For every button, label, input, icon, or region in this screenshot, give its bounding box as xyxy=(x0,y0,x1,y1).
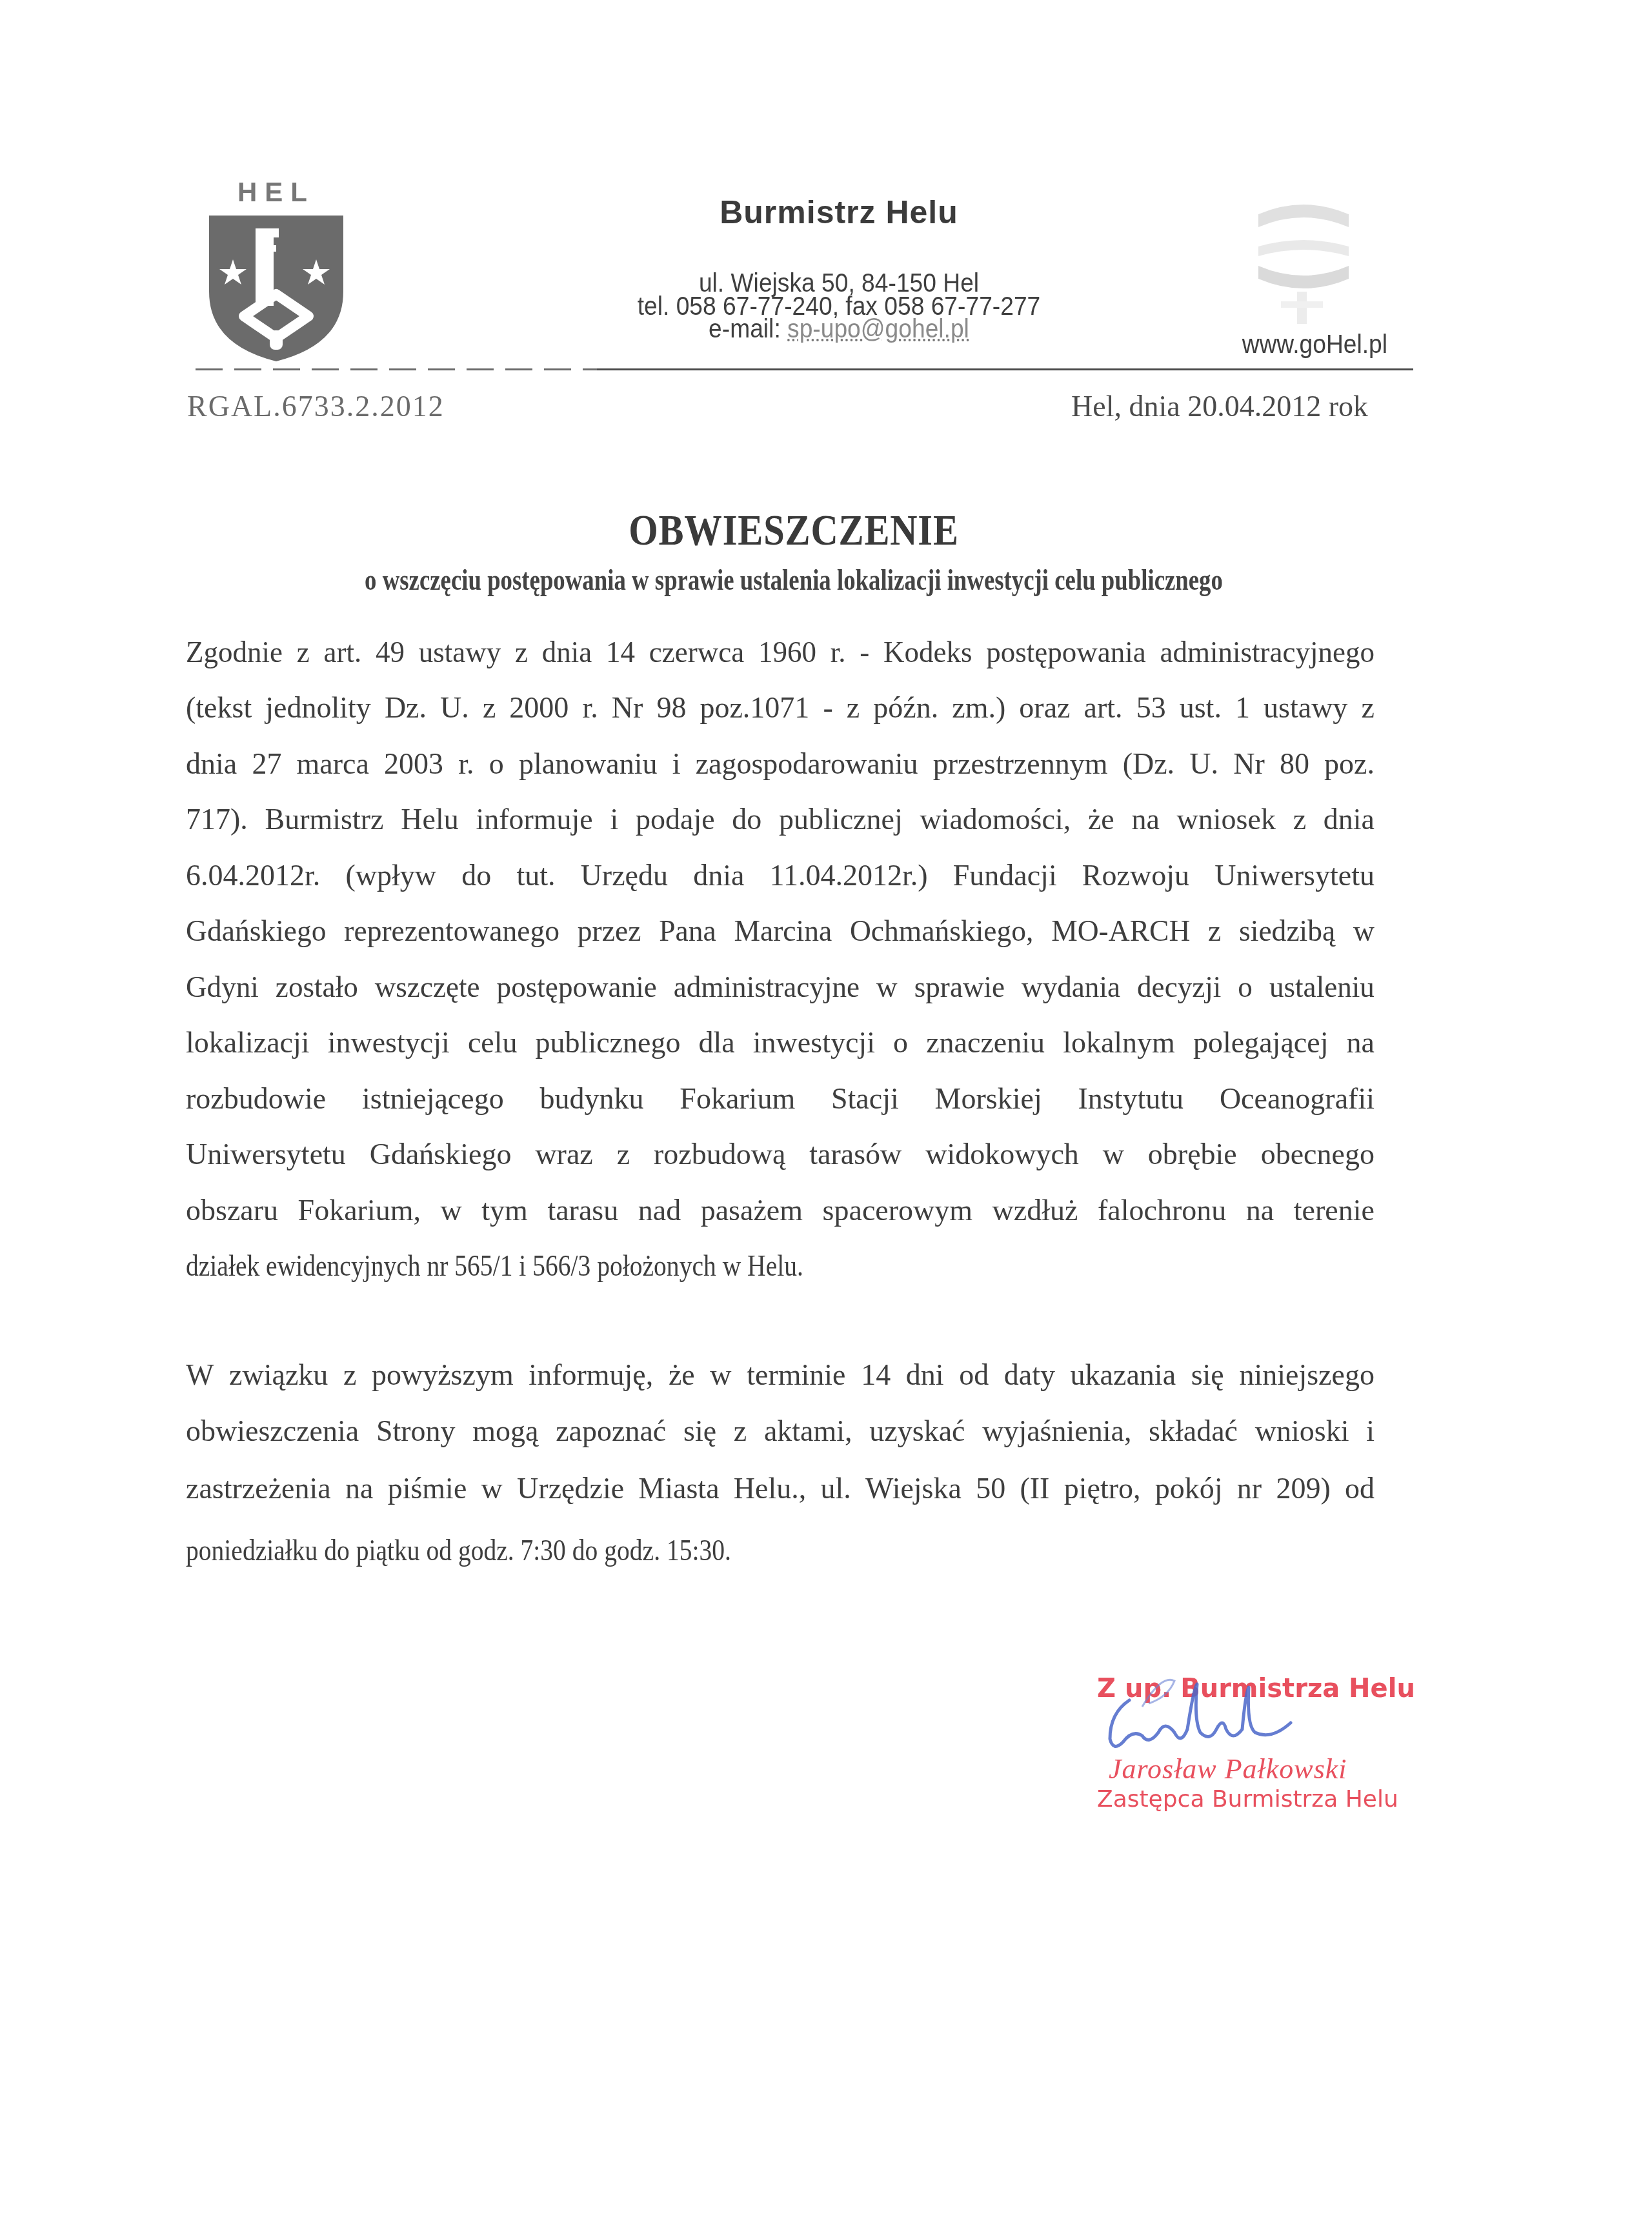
word: postępowania xyxy=(986,635,1145,670)
word: o xyxy=(1238,970,1253,1005)
word: wiadomości, xyxy=(920,802,1071,837)
word: informuję, xyxy=(529,1358,653,1392)
word: spacerowym xyxy=(823,1193,972,1228)
word: i xyxy=(672,747,681,781)
word: decyzji xyxy=(1137,970,1221,1005)
word: w xyxy=(1103,1137,1124,1172)
word: Ochmańskiego, xyxy=(850,914,1034,949)
word: informuje xyxy=(476,802,592,837)
word: Nr xyxy=(612,690,643,725)
word: Wiejska xyxy=(865,1471,962,1506)
word: dnia xyxy=(542,635,592,670)
word: do xyxy=(732,802,761,837)
office-email-line: e-mail: sp-upo@gohel.pl xyxy=(479,316,1199,342)
word: 1960 xyxy=(758,635,816,670)
word: dla xyxy=(699,1025,735,1060)
body-line: (tekstjednolityDz.U.z2000r.Nr98poz.1071-… xyxy=(186,690,1375,725)
word: r. xyxy=(582,690,598,725)
word: obecnego xyxy=(1261,1137,1375,1172)
word: z xyxy=(483,690,496,725)
word: Gdańskiego xyxy=(186,914,327,949)
word: dnia xyxy=(1324,802,1375,837)
body-line: 717).BurmistrzHeluinformujeipodajedopubl… xyxy=(186,802,1375,837)
word: zagospodarowaniu xyxy=(696,747,918,781)
word: (tekst xyxy=(186,690,252,725)
word: się xyxy=(683,1414,716,1449)
word: dni xyxy=(906,1358,944,1392)
body-line: obwieszczeniaStronymogązapoznaćsięzaktam… xyxy=(186,1414,1375,1449)
word: nad xyxy=(638,1193,681,1228)
word: piętro, xyxy=(1064,1471,1141,1506)
logo-text: HEL xyxy=(237,177,315,207)
word: powyższym xyxy=(372,1358,514,1392)
word: widokowych xyxy=(925,1137,1079,1172)
word: Fokarium, xyxy=(298,1193,421,1228)
word: że xyxy=(669,1358,695,1392)
word: wyjaśnienia, xyxy=(982,1414,1131,1449)
word: Helu., xyxy=(734,1471,806,1506)
word: aktami, xyxy=(764,1414,852,1449)
word: 53 xyxy=(1136,690,1166,725)
word: przez xyxy=(578,914,641,949)
word: 11.04.2012r.) xyxy=(770,858,928,893)
body-line: rozbudowieistniejącegobudynkuFokariumSta… xyxy=(186,1081,1375,1116)
word: o xyxy=(489,747,504,781)
word: z xyxy=(734,1414,747,1449)
body-line: Zgodniezart.49ustawyzdnia14czerwca1960r.… xyxy=(186,635,1375,670)
word: inwestycji xyxy=(753,1025,875,1060)
word: ust. xyxy=(1180,690,1222,725)
word: na xyxy=(345,1471,373,1506)
word: Kodeks xyxy=(883,635,972,670)
word: marca xyxy=(297,747,369,781)
word: zostało xyxy=(276,970,358,1005)
word: związku xyxy=(229,1358,328,1392)
word: zm.) xyxy=(952,690,1005,725)
body-line: GdańskiegoreprezentowanegoprzezPanaMarci… xyxy=(186,914,1375,949)
word: i xyxy=(610,802,619,837)
word: 2003 xyxy=(384,747,443,781)
document-title: OBWIESZCZENIE xyxy=(499,505,1088,556)
word: wniosek xyxy=(1177,802,1276,837)
word: publicznej xyxy=(779,802,903,837)
word: z xyxy=(515,635,528,670)
body-line: UniwersytetuGdańskiegowrazzrozbudowątara… xyxy=(186,1137,1375,1172)
body-line: zastrzeżenianapiśmiewUrzędzieMiastaHelu.… xyxy=(186,1471,1375,1506)
word: rozbudowie xyxy=(186,1081,326,1116)
word: wraz xyxy=(535,1137,592,1172)
word: czerwca xyxy=(649,635,744,670)
word: Dz. xyxy=(385,690,427,725)
word: Uniwersytetu xyxy=(1214,858,1375,893)
word: - xyxy=(823,690,832,725)
word: (Dz. xyxy=(1123,747,1174,781)
word: 80 xyxy=(1280,747,1309,781)
word: z xyxy=(343,1358,356,1392)
word: tarasów xyxy=(809,1137,902,1172)
word: Gdańskiego xyxy=(370,1137,512,1172)
word: sprawie xyxy=(914,970,1005,1005)
word: się xyxy=(1191,1358,1224,1392)
word: od xyxy=(1345,1471,1375,1506)
word: Pana xyxy=(659,914,716,949)
word: wydania xyxy=(1022,970,1120,1005)
stamp-signatory-name: Jarosław Pałkowski xyxy=(1109,1753,1347,1785)
word: w xyxy=(876,970,898,1005)
word: podaje xyxy=(636,802,715,837)
email-label: e-mail: xyxy=(709,315,787,343)
word: jednolity xyxy=(265,690,371,725)
word: art. xyxy=(323,635,361,670)
word: 2000 xyxy=(509,690,569,725)
word: o xyxy=(893,1025,908,1060)
word: dnia xyxy=(693,858,744,893)
body-line: dnia27marca2003r.oplanowaniuizagospodaro… xyxy=(186,747,1375,781)
word: zastrzeżenia xyxy=(186,1471,331,1506)
word: art. xyxy=(1084,690,1123,725)
word: że xyxy=(1088,802,1114,837)
word: reprezentowanego xyxy=(344,914,559,949)
word: 6.04.2012r. xyxy=(186,858,320,893)
word: mogą xyxy=(472,1414,538,1449)
word: poz. xyxy=(1324,747,1375,781)
office-title: Burmistrz Helu xyxy=(581,194,1097,231)
body-line: działek ewidencyjnych nr 565/1 i 566/3 p… xyxy=(186,1249,1375,1283)
word: Zgodnie xyxy=(186,635,283,670)
word: z xyxy=(297,635,310,670)
word: wnioski xyxy=(1255,1414,1349,1449)
word: Morskiej xyxy=(935,1081,1042,1116)
word: ukazania xyxy=(1071,1358,1176,1392)
word: celu xyxy=(468,1025,518,1060)
word: oraz xyxy=(1019,690,1070,725)
word: uzyskać xyxy=(869,1414,965,1449)
word: składać xyxy=(1149,1414,1238,1449)
word: nr xyxy=(1237,1471,1262,1506)
word: (II xyxy=(1020,1471,1049,1506)
word: pokój xyxy=(1155,1471,1223,1506)
coat-of-arms-icon: HEL xyxy=(205,176,347,364)
word: Nr xyxy=(1233,747,1265,781)
word: lokalizacji xyxy=(186,1025,310,1060)
word: w xyxy=(481,1471,503,1506)
word: Urzędu xyxy=(581,858,668,893)
word: 209) xyxy=(1276,1471,1330,1506)
word: ustaleniu xyxy=(1269,970,1375,1005)
word: Stacji xyxy=(831,1081,899,1116)
reference-number: RGAL.6733.2.2012 xyxy=(187,389,445,423)
body-line: 6.04.2012r.(wpływdotut.Urzędudnia11.04.2… xyxy=(186,858,1375,893)
word: z xyxy=(847,690,860,725)
place-date: Hel, dnia 20.04.2012 rok xyxy=(1007,389,1368,423)
word: od xyxy=(959,1358,989,1392)
word: wzdłuż xyxy=(992,1193,1078,1228)
letterhead-divider-faded xyxy=(184,368,597,370)
word: inwestycji xyxy=(328,1025,450,1060)
word: Urzędzie xyxy=(517,1471,624,1506)
word: r. xyxy=(458,747,474,781)
body-line: poniedziałku do piątku od godz. 7:30 do … xyxy=(186,1533,1375,1568)
word: Uniwersytetu xyxy=(186,1137,346,1172)
word: budynku xyxy=(539,1081,643,1116)
word: daty xyxy=(1004,1358,1055,1392)
word: na xyxy=(1347,1025,1375,1060)
word: tut. xyxy=(516,858,555,893)
word: ustawy xyxy=(1264,690,1347,725)
website-link[interactable]: www.goHel.pl xyxy=(1225,330,1387,359)
word: na xyxy=(1246,1193,1274,1228)
word: z xyxy=(617,1137,630,1172)
body-line: obszaruFokarium,wtymtarasunadpasażemspac… xyxy=(186,1193,1375,1228)
word: Helu xyxy=(401,802,458,837)
word: Rozwoju xyxy=(1082,858,1189,893)
word: w xyxy=(710,1358,731,1392)
body-line: lokalizacjiinwestycjicelupublicznegodlai… xyxy=(186,1025,1375,1060)
word: do xyxy=(461,858,491,893)
handwritten-signature-icon xyxy=(1103,1668,1310,1758)
word: Strony xyxy=(376,1414,456,1449)
word: w xyxy=(1353,914,1375,949)
word: obszaru xyxy=(186,1193,278,1228)
word: z xyxy=(1361,690,1374,725)
word: administracyjnego xyxy=(1160,635,1374,670)
word: rozbudową xyxy=(654,1137,785,1172)
word: niniejszego xyxy=(1239,1358,1375,1392)
stamp-signatory-position: Zastępca Burmistrza Helu xyxy=(1097,1786,1398,1813)
word: pasażem xyxy=(701,1193,803,1228)
body-line-text: działek ewidencyjnych nr 565/1 i 566/3 p… xyxy=(186,1249,803,1283)
body-line-text: poniedziałku do piątku od godz. 7:30 do … xyxy=(186,1533,731,1568)
word: Gdyni xyxy=(186,970,259,1005)
word: terenie xyxy=(1294,1193,1375,1228)
word: publicznego xyxy=(536,1025,681,1060)
word: Instytutu xyxy=(1078,1081,1184,1116)
word: i xyxy=(1366,1414,1375,1449)
word: planowaniu xyxy=(519,747,658,781)
word: istniejącego xyxy=(362,1081,504,1116)
word: terminie xyxy=(747,1358,845,1392)
word: 14 xyxy=(606,635,635,670)
word: 49 xyxy=(376,635,405,670)
word: przestrzennym xyxy=(933,747,1108,781)
word: lokalnym xyxy=(1063,1025,1175,1060)
word: 1 xyxy=(1235,690,1250,725)
word: ul. xyxy=(821,1471,851,1506)
body-line: Wzwiązkuzpowyższyminformuję,żewterminie1… xyxy=(186,1358,1375,1392)
word: wszczęte xyxy=(375,970,480,1005)
word: Miasta xyxy=(638,1471,719,1506)
word: 14 xyxy=(861,1358,891,1392)
word: 27 xyxy=(252,747,281,781)
word: 98 xyxy=(656,690,686,725)
word: Fokarium xyxy=(680,1081,795,1116)
town-emblem-watermark-icon xyxy=(1245,169,1358,324)
word: 50 xyxy=(976,1471,1005,1506)
word: obwieszczenia xyxy=(186,1414,359,1449)
word: administracyjne xyxy=(674,970,860,1005)
document-subtitle: o wszczęciu postępowania w sprawie ustal… xyxy=(252,563,1336,597)
word: z xyxy=(1293,802,1306,837)
word: MO-ARCH xyxy=(1051,914,1190,949)
email-link[interactable]: sp-upo@gohel.pl xyxy=(787,315,969,343)
hel-coat-of-arms-logo: HEL xyxy=(205,176,347,364)
word: w xyxy=(441,1193,462,1228)
word: Burmistrz xyxy=(265,802,384,837)
word: - xyxy=(860,635,869,670)
word: (wpływ xyxy=(345,858,436,893)
word: Fundacji xyxy=(953,858,1057,893)
word: 717). xyxy=(186,802,248,837)
word: dnia xyxy=(186,747,237,781)
word: poz.1071 xyxy=(700,690,809,725)
body-line: Gdynizostałowszczętepostępowanieadminist… xyxy=(186,970,1375,1005)
word: tym xyxy=(481,1193,528,1228)
word: U. xyxy=(440,690,469,725)
word: U. xyxy=(1189,747,1218,781)
word: znaczeniu xyxy=(926,1025,1045,1060)
word: obrębie xyxy=(1148,1137,1237,1172)
word: siedzibą xyxy=(1239,914,1335,949)
word: piśmie xyxy=(388,1471,467,1506)
word: W xyxy=(186,1358,214,1392)
word: r. xyxy=(831,635,846,670)
word: na xyxy=(1131,802,1159,837)
word: postępowanie xyxy=(497,970,657,1005)
word: tarasu xyxy=(547,1193,618,1228)
word: ustawy xyxy=(419,635,501,670)
word: falochronu xyxy=(1098,1193,1226,1228)
word: polegającej xyxy=(1193,1025,1328,1060)
word: z xyxy=(1208,914,1221,949)
word: Oceanografii xyxy=(1220,1081,1375,1116)
word: późn. xyxy=(873,690,938,725)
word: Marcina xyxy=(734,914,832,949)
word: zapoznać xyxy=(556,1414,666,1449)
